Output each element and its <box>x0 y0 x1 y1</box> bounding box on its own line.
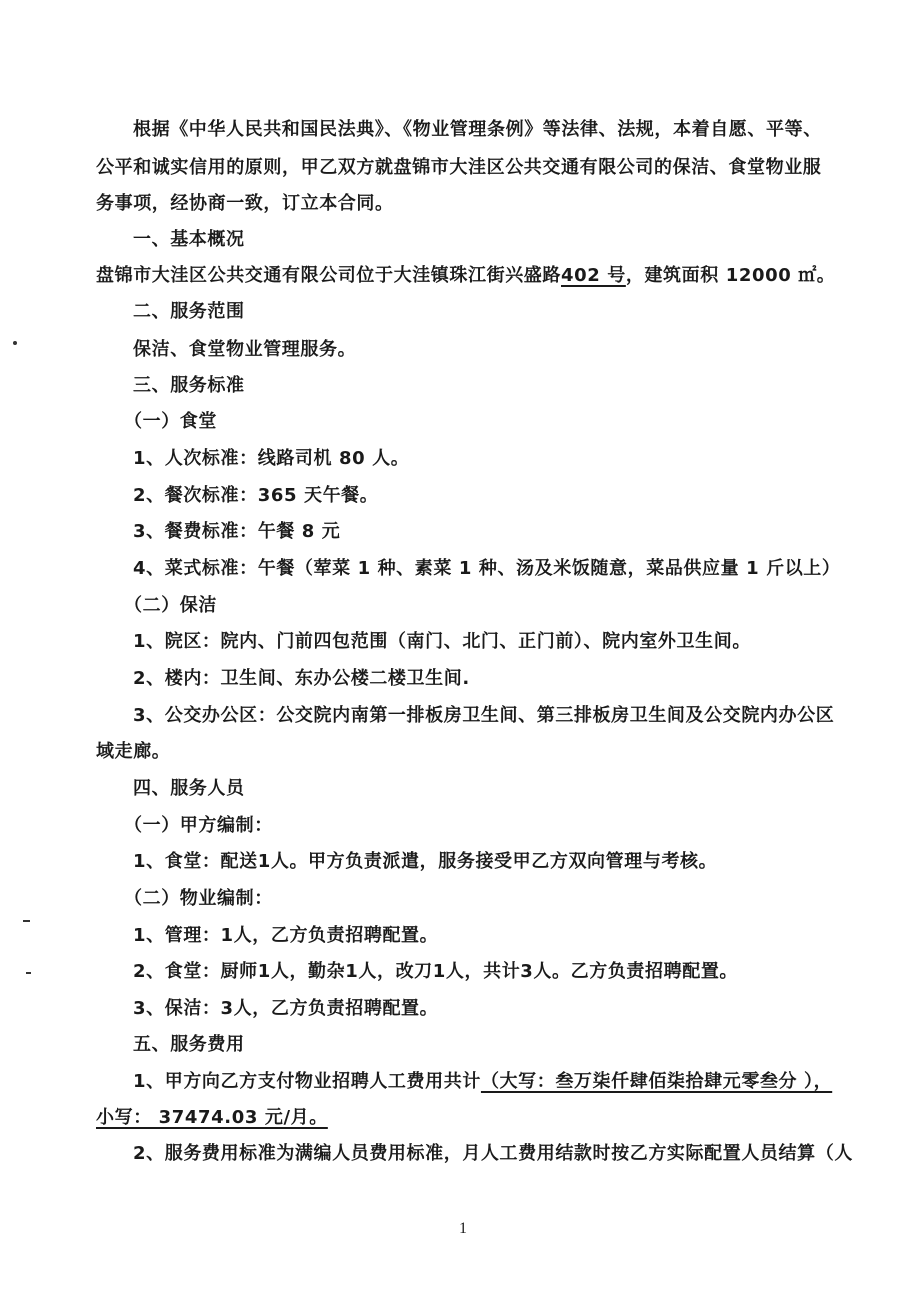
canteen-title: （一）食堂 <box>124 410 217 434</box>
address-text: 盘锦市大洼区公共交通有限公司位于大洼镇珠江街兴盛路 <box>96 265 561 286</box>
canteen-item-1: 1、人次标准：线路司机 80 人。 <box>133 447 409 471</box>
fee-item-2: 2、服务费用标准为满编人员费用标准，月人工费用结款时按乙方实际配置人员结算（人 <box>133 1142 853 1166</box>
section-1-text: 盘锦市大洼区公共交通有限公司位于大洼镇珠江街兴盛路402 号，建筑面积 1200… <box>96 264 835 288</box>
section-3-title: 三、服务标准 <box>133 374 245 398</box>
section-2-title: 二、服务范围 <box>133 300 245 324</box>
scan-dot-mark <box>13 341 17 345</box>
property-item-3: 3、保洁：3人，乙方负责招聘配置。 <box>133 997 438 1021</box>
party-a-item-1: 1、食堂：配送1人。甲方负责派遣，服务接受甲乙方双向管理与考核。 <box>133 850 717 874</box>
area-text: ，建筑面积 12000 ㎡。 <box>626 265 836 286</box>
fee-amount-lowercase: 小写： 37474.03 元/月。 <box>96 1106 328 1130</box>
intro-line-2: 公平和诚实信用的原则，甲乙双方就盘锦市大洼区公共交通有限公司的保洁、食堂物业服 <box>96 156 821 180</box>
cleaning-item-1: 1、院区：院内、门前四包范围（南门、北门、正门前）、院内室外卫生间。 <box>133 630 751 654</box>
cleaning-item-3-cont: 域走廊。 <box>96 740 170 764</box>
canteen-item-3: 3、餐费标准：午餐 8 元 <box>133 520 340 544</box>
cleaning-item-3: 3、公交办公区：公交院内南第一排板房卫生间、第三排板房卫生间及公交院内办公区 <box>133 704 834 728</box>
fee-amount-uppercase: （大写：叁万柒仟肆佰柒拾肆元零叁分 ）， <box>481 1071 832 1092</box>
property-item-1: 1、管理：1人，乙方负责招聘配置。 <box>133 924 438 948</box>
section-4-title: 四、服务人员 <box>133 777 245 801</box>
intro-line-1: 根据《中华人民共和国民法典》、《物业管理条例》等法律、法规，本着自愿、平等、 <box>133 118 822 142</box>
party-a-title: （一）甲方编制： <box>124 814 273 838</box>
fee-item-1: 1、甲方向乙方支付物业招聘人工费用共计（大写：叁万柒仟肆佰柒拾肆元零叁分 ）， <box>133 1070 832 1094</box>
section-5-title: 五、服务费用 <box>133 1033 245 1057</box>
section-1-title: 一、基本概况 <box>133 228 245 252</box>
intro-line-3: 务事项，经协商一致，订立本合同。 <box>96 192 394 216</box>
address-number: 402 号 <box>561 265 626 286</box>
property-title: （二）物业编制： <box>124 887 273 911</box>
page-number: 1 <box>459 1220 467 1238</box>
scan-dash-mark <box>26 972 31 974</box>
property-item-2: 2、食堂：厨师1人，勤杂1人，改刀1人，共计3人。乙方负责招聘配置。 <box>133 960 738 984</box>
cleaning-title: （二）保洁 <box>124 594 217 618</box>
cleaning-item-2: 2、楼内：卫生间、东办公楼二楼卫生间. <box>133 667 470 691</box>
canteen-item-4: 4、菜式标准：午餐（荤菜 1 种、素菜 1 种、汤及米饭随意，菜品供应量 1 斤… <box>133 557 841 581</box>
section-2-text: 保洁、食堂物业管理服务。 <box>133 338 356 362</box>
scan-dash-mark <box>23 920 30 922</box>
canteen-item-2: 2、餐次标准：365 天午餐。 <box>133 484 378 508</box>
fee-prefix: 1、甲方向乙方支付物业招聘人工费用共计 <box>133 1071 481 1092</box>
contract-page: 根据《中华人民共和国民法典》、《物业管理条例》等法律、法规，本着自愿、平等、 公… <box>0 0 920 1296</box>
